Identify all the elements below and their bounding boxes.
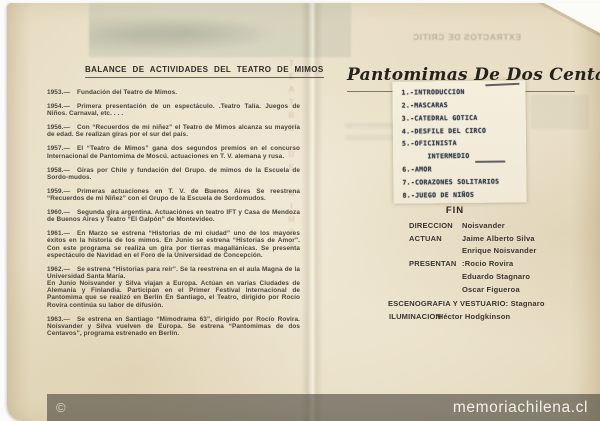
left-page-title: BALANCE DE ACTIVIDADES DEL TEATRO DE MIM…: [85, 65, 324, 78]
left-page: BALANCE DE ACTIVIDADES DEL TEATRO DE MIM…: [47, 59, 300, 344]
timeline-entry: 1958.—Giras por Chile y fundación del Gr…: [47, 167, 300, 181]
entry-year: 1957.—: [47, 145, 70, 152]
credit-row: ACTUAN Jaime Alberto Silva: [409, 233, 536, 246]
entry-text: Primeras actuaciones en T. V. de Buenos …: [47, 188, 300, 202]
folded-corner: [544, 3, 600, 33]
credit-value: Jaime Alberto Silva: [462, 233, 535, 246]
program-item: 5.-OFICINISTA: [402, 137, 526, 151]
credit-row: Eduardo Stagnaro: [409, 271, 536, 284]
program-item: 8.-JUEGO DE NIÑOS: [402, 188, 526, 202]
entry-text: El “Teatro de Mimos” gana dos segundos p…: [47, 145, 300, 159]
program-item: 2.-MASCARAS: [402, 98, 526, 112]
watermark-site-label: memoriachilena.cl: [453, 399, 588, 417]
credit-label: [409, 284, 462, 297]
entry-text: En Marzo se estrena “Historias de mi ciu…: [47, 230, 300, 258]
timeline-entry: 1962.—Se estrena “Historias para reír”. …: [47, 266, 300, 309]
credit-row: Enrique Noisvander: [409, 245, 536, 258]
credit-value: Oscar Figueroa: [462, 284, 520, 297]
program-item: 1.-INTRODUCCION: [401, 85, 525, 99]
credit-label: DIRECCION: [409, 220, 462, 233]
entry-text: Fundación del Teatro de Mimos.: [77, 89, 177, 96]
credit-row-lighting: ILUMINACION :Héctor Hodgkinson: [389, 312, 510, 321]
timeline-entry: 1959.—Primeras actuaciones en T. V. de B…: [47, 188, 300, 202]
program-item: 7.-CORAZONES SOLITARIOS: [402, 175, 526, 189]
credit-row-wardrobe: ESCENOGRAFIA Y VESTUARIO: Stagnaro: [388, 299, 545, 308]
entry-year: 1953.—: [47, 89, 70, 96]
entry-text: Se estrena “Historias para reír”. Se la …: [47, 266, 300, 309]
program-item: 4.-DESFILE DEL CIRCO: [402, 124, 526, 138]
program-items: 1.-INTRODUCCION 2.-MASCARAS 3.-CATEDRAL …: [401, 85, 526, 202]
entry-year: 1956.—: [47, 124, 70, 131]
credits-list: DIRECCION Noisvander ACTUAN Jaime Albert…: [409, 220, 536, 296]
timeline-entry: 1956.—Con “Recuerdos de mi niñez” el Tea…: [47, 124, 300, 138]
credit-value: Noisvander: [462, 220, 505, 233]
credit-label: [409, 271, 462, 284]
fin-label: FIN: [347, 205, 563, 216]
timeline-entry: 1953.—Fundación del Teatro de Mimos.: [47, 89, 300, 96]
program-scan-page: EXTRACTOS DE CRITIC TEATRO DE MIMOS BALA…: [7, 3, 600, 421]
timeline-list: 1953.—Fundación del Teatro de Mimos. 195…: [47, 89, 300, 337]
program-item: INTERMEDIO: [402, 150, 526, 164]
credit-label: PRESENTAN: [409, 258, 462, 271]
showthrough-smudge: [531, 95, 589, 129]
pasted-program-list: 1.-INTRODUCCION 2.-MASCARAS 3.-CATEDRAL …: [392, 80, 526, 203]
credit-row: PRESENTAN :Rocio Rovira: [409, 258, 536, 271]
entry-year: 1961.—: [47, 230, 70, 237]
credit-value: Stagnaro: [511, 299, 545, 308]
scan-background: EXTRACTOS DE CRITIC TEATRO DE MIMOS BALA…: [0, 0, 600, 421]
entry-text: Se estrena en Santiago “Mimodrama 63”, d…: [47, 316, 300, 337]
timeline-entry: 1954.—Primera presentación de un espectá…: [47, 103, 300, 117]
credit-value: :Héctor Hodgkinson: [435, 312, 510, 321]
entry-year: 1959.—: [47, 188, 70, 195]
entry-year: 1963.—: [47, 316, 70, 323]
entry-year: 1960.—: [47, 209, 70, 216]
entry-text: Giras por Chile y fundación del Grupo. d…: [47, 167, 300, 181]
credit-value: :Rocio Rovira: [462, 258, 513, 271]
ink-smudge: [475, 161, 505, 163]
program-item: 3.-CATEDRAL GOTICA: [402, 111, 526, 125]
credit-label: ACTUAN: [409, 233, 462, 246]
credit-label: ESCENOGRAFIA Y VESTUARIO:: [388, 299, 508, 308]
credit-label: ILUMINACION: [389, 312, 435, 321]
program-item: 6.-AMOR: [402, 162, 526, 176]
entry-text: Primera presentación de un espectáculo. …: [47, 103, 300, 117]
credit-label: [409, 245, 462, 258]
watermark-bar: © memoriachilena.cl: [47, 394, 600, 421]
timeline-entry: 1961.—En Marzo se estrena “Historias de …: [47, 230, 300, 259]
showthrough-mirrored-text: EXTRACTOS DE CRITIC: [409, 32, 521, 42]
credit-value: Enrique Noisvander: [462, 245, 536, 258]
credit-row: DIRECCION Noisvander: [409, 220, 536, 233]
credit-value: Eduardo Stagnaro: [462, 271, 530, 284]
entry-year: 1958.—: [47, 167, 70, 174]
entry-text: Segunda gira argentina. Actuaciónes en t…: [47, 209, 300, 223]
entry-year: 1962.—: [47, 266, 70, 273]
entry-year: 1954.—: [47, 103, 70, 110]
copyright-icon: ©: [56, 401, 66, 414]
timeline-entry: 1957.—El “Teatro de Mimos” gana dos segu…: [47, 145, 300, 159]
credit-row: Oscar Figueroa: [409, 284, 536, 297]
entry-text: Con “Recuerdos de mi niñez” el Teatro de…: [47, 124, 300, 138]
timeline-entry: 1960.—Segunda gira argentina. Actuacióne…: [47, 209, 300, 223]
timeline-entry: 1963.—Se estrena en Santiago “Mimodrama …: [47, 316, 300, 337]
